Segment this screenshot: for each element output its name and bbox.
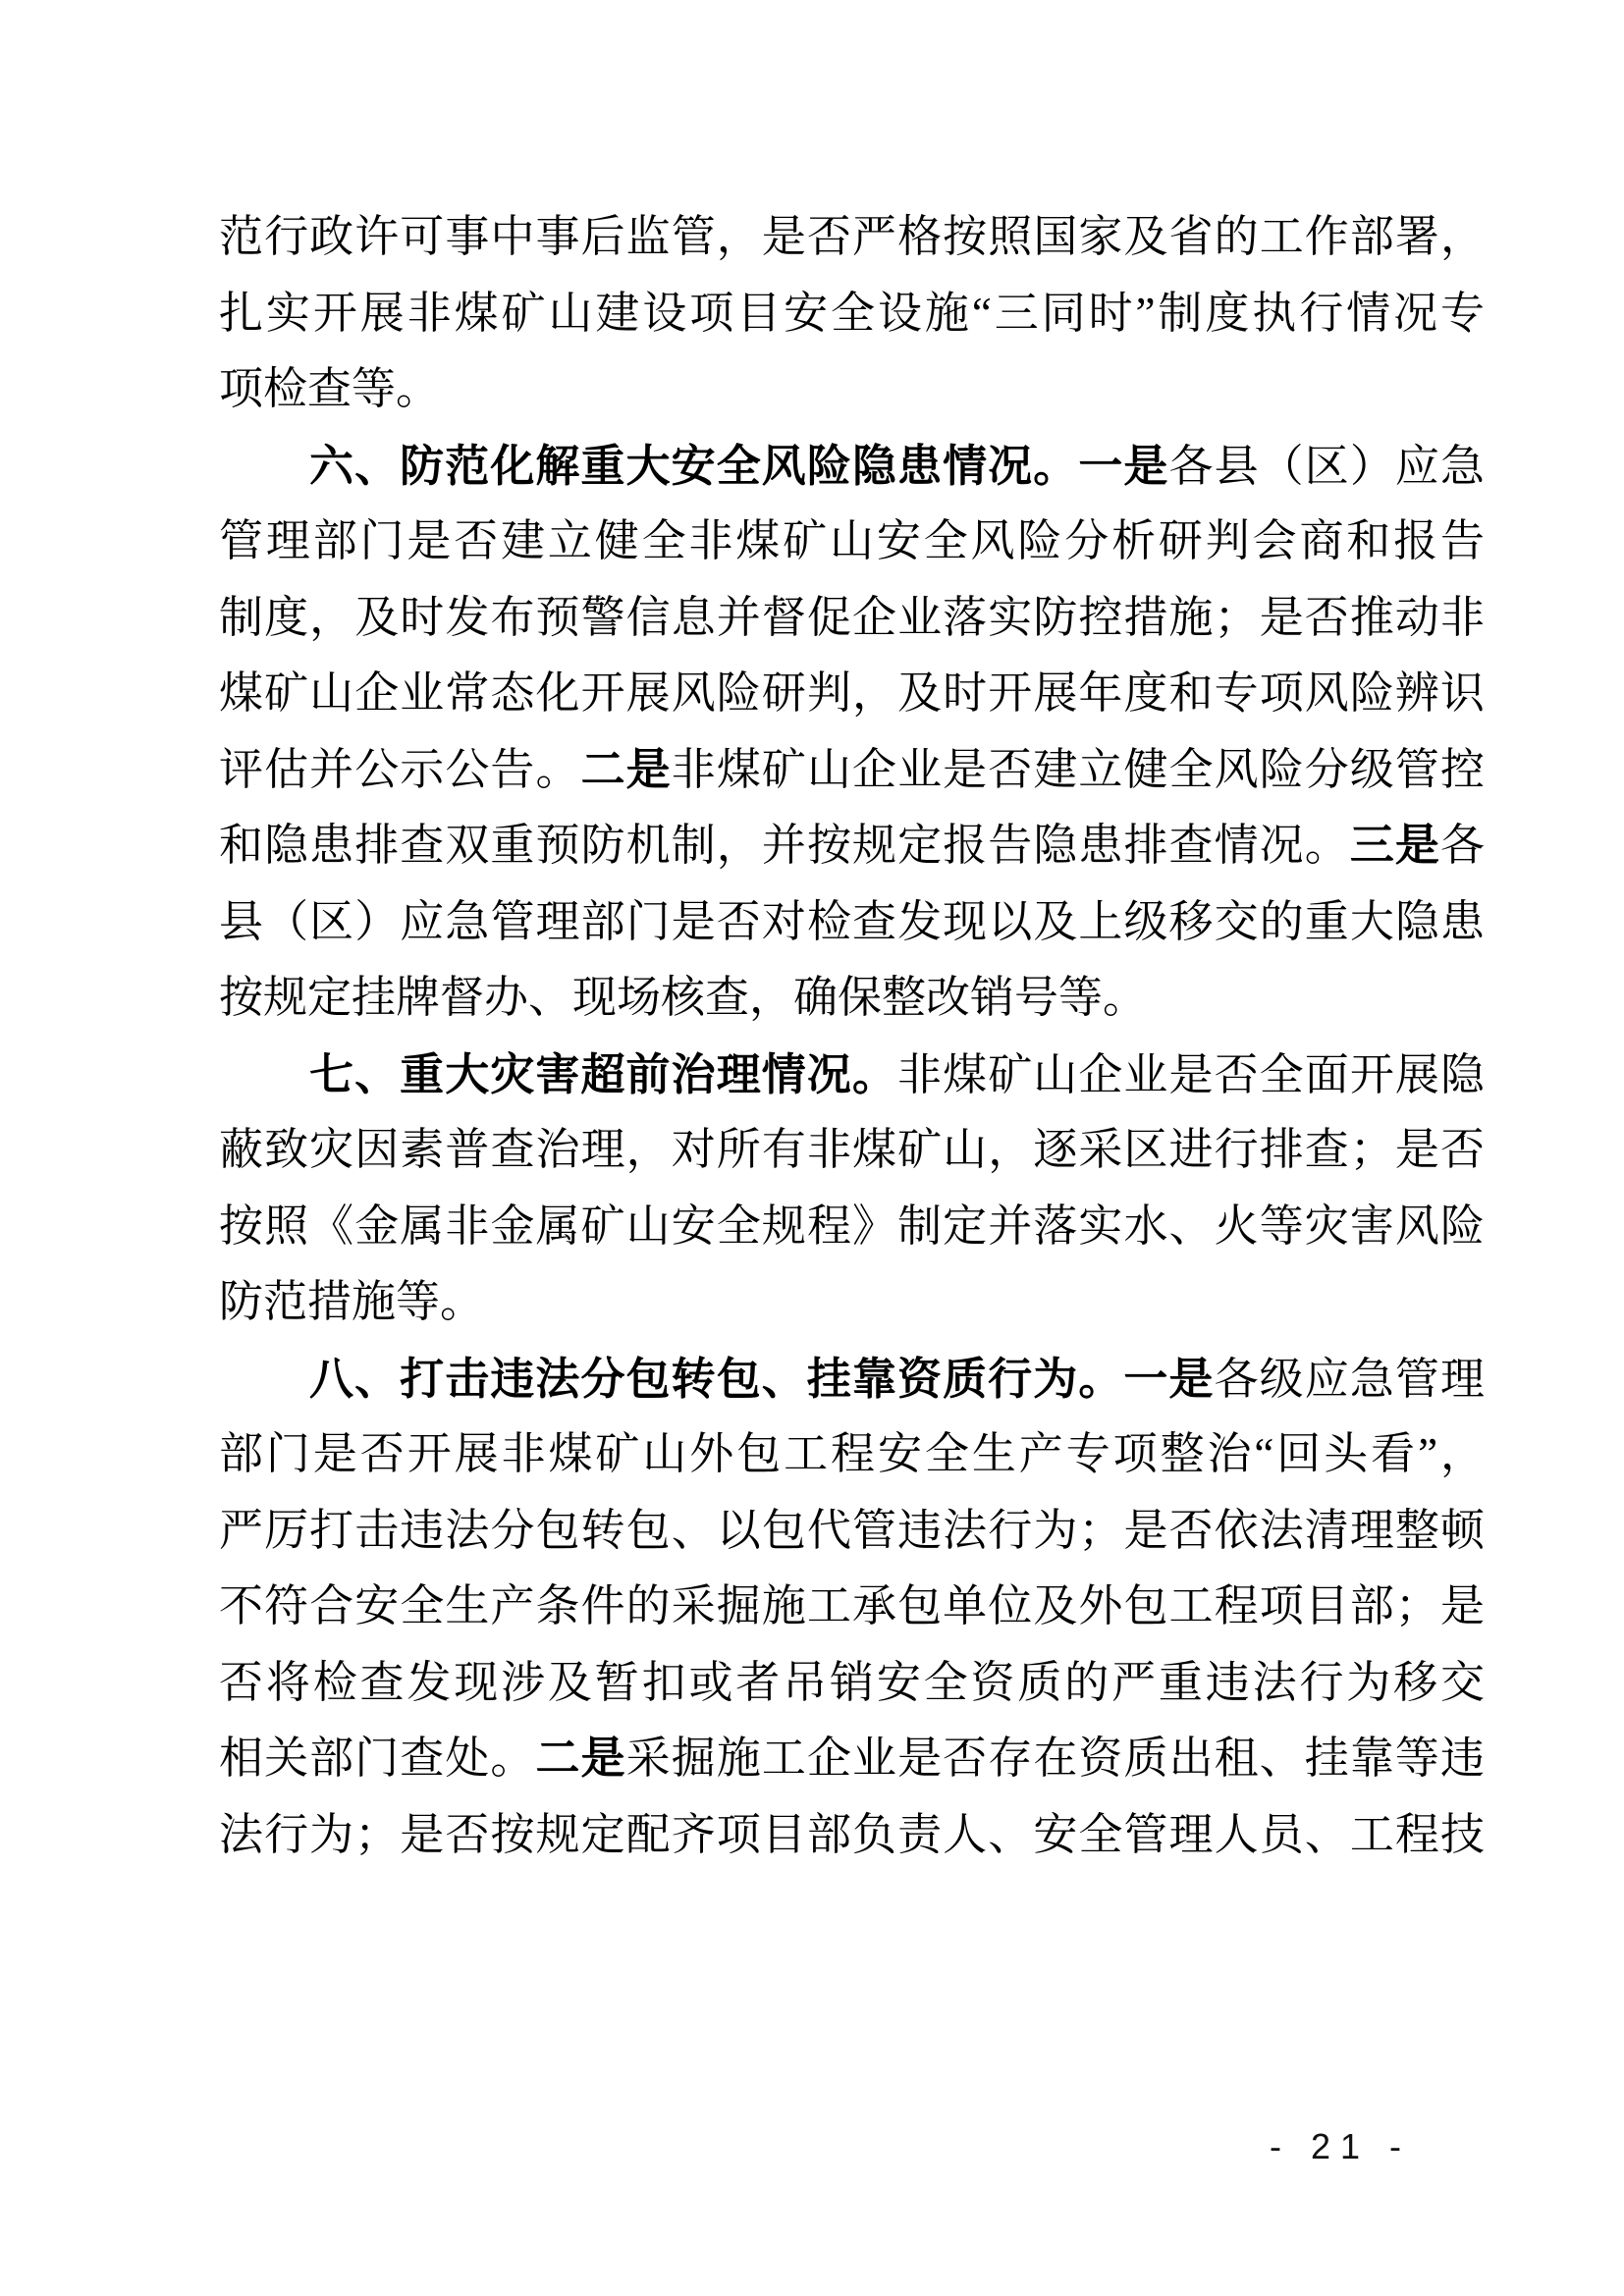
text-line: 管理部门是否建立健全非煤矿山安全风险分析研判会商和报告 (219, 504, 1485, 580)
page-number: - 21 - (1270, 2127, 1411, 2166)
text-line: 和隐患排查双重预防机制，并按规定报告隐患排查情况。三是各 (219, 808, 1485, 884)
document-page: 范行政许可事中事后监管，是否严格按照国家及省的工作部署，扎实开展非煤矿山建设项目… (0, 0, 1624, 2296)
text-segment: 按规定挂牌督办、现场核查，确保整改销号等。 (219, 973, 1147, 1022)
text-line: 范行政许可事中事后监管，是否严格按照国家及省的工作部署， (219, 199, 1485, 276)
text-line: 扎实开展非煤矿山建设项目安全设施“三同时”制度执行情况专 (219, 276, 1485, 352)
text-segment: 非煤矿山企业是否全面开展隐 (897, 1050, 1485, 1099)
text-segment: 制度，及时发布预警信息并督促企业落实防控措施；是否推动非 (219, 593, 1485, 642)
text-line: 否将检查发现涉及暂扣或者吊销安全资质的严重违法行为移交 (219, 1645, 1485, 1722)
text-segment: 严厉打击违法分包转包、以包代管违法行为；是否依法清理整顿 (219, 1506, 1485, 1555)
text-segment: 部门是否开展非煤矿山外包工程安全生产专项整治“回头看”， (219, 1429, 1485, 1478)
text-segment: 采掘施工企业是否存在资质出租、挂靠等违 (626, 1734, 1485, 1783)
text-segment: 范行政许可事中事后监管，是否严格按照国家及省的工作部署， (219, 212, 1485, 261)
text-segment: 一是 (1078, 442, 1168, 491)
text-line: 项检查等。 (219, 351, 1485, 428)
text-line: 不符合安全生产条件的采掘施工承包单位及外包工程项目部；是 (219, 1569, 1485, 1645)
text-segment: 按照《金属非金属矿山安全规程》制定并落实水、火等灾害风险 (219, 1201, 1485, 1251)
text-line: 评估并公示公告。二是非煤矿山企业是否建立健全风险分级管控 (219, 732, 1485, 809)
text-segment: 评估并公示公告。 (219, 745, 581, 794)
text-segment: 蔽致灾因素普查治理，对所有非煤矿山，逐采区进行排查；是否 (219, 1125, 1485, 1174)
text-segment: 相关部门查处。 (219, 1734, 536, 1783)
section-heading: 七、重大灾害超前治理情况。 (309, 1049, 897, 1099)
text-segment: 各县（区）应急 (1169, 442, 1485, 491)
text-line: 六、防范化解重大安全风险隐患情况。一是各县（区）应急 (219, 428, 1485, 505)
text-line: 蔽致灾因素普查治理，对所有非煤矿山，逐采区进行排查；是否 (219, 1112, 1485, 1189)
text-segment: 一是 (1123, 1355, 1214, 1404)
text-line: 煤矿山企业常态化开展风险研判，及时开展年度和专项风险辨识 (219, 656, 1485, 732)
text-segment: 管理部门是否建立健全非煤矿山安全风险分析研判会商和报告 (219, 516, 1485, 565)
text-segment: 项检查等。 (219, 364, 440, 413)
text-segment: 三是 (1350, 821, 1440, 870)
text-segment: 扎实开展非煤矿山建设项目安全设施“三同时”制度执行情况专 (219, 289, 1485, 338)
text-segment: 各 (1440, 821, 1485, 870)
text-segment: 二是 (581, 745, 672, 794)
text-line: 相关部门查处。二是采掘施工企业是否存在资质出租、挂靠等违 (219, 1721, 1485, 1797)
text-line: 按规定挂牌督办、现场核查，确保整改销号等。 (219, 960, 1485, 1037)
text-segment: 不符合安全生产条件的采掘施工承包单位及外包工程项目部；是 (219, 1581, 1485, 1630)
text-segment: 各级应急管理 (1215, 1355, 1485, 1404)
text-segment: 非煤矿山企业是否建立健全风险分级管控 (672, 745, 1485, 794)
text-segment: 和隐患排查双重预防机制，并按规定报告隐患排查情况。 (219, 821, 1350, 870)
text-line: 按照《金属非金属矿山安全规程》制定并落实水、火等灾害风险 (219, 1189, 1485, 1265)
text-segment: 否将检查发现涉及暂扣或者吊销安全资质的严重违法行为移交 (219, 1658, 1485, 1707)
text-line: 县（区）应急管理部门是否对检查发现以及上级移交的重大隐患 (219, 884, 1485, 961)
text-segment: 二是 (536, 1734, 626, 1783)
text-line: 制度，及时发布预警信息并督促企业落实防控措施；是否推动非 (219, 580, 1485, 657)
section-heading: 六、防范化解重大安全风险隐患情况。 (309, 441, 1078, 491)
text-line: 部门是否开展非煤矿山外包工程安全生产专项整治“回头看”， (219, 1416, 1485, 1493)
section-heading: 八、打击违法分包转包、挂靠资质行为。 (309, 1354, 1123, 1404)
text-segment: 法行为；是否按规定配齐项目部负责人、安全管理人员、工程技 (219, 1810, 1485, 1859)
document-lines: 范行政许可事中事后监管，是否严格按照国家及省的工作部署，扎实开展非煤矿山建设项目… (219, 199, 1485, 1873)
text-line: 法行为；是否按规定配齐项目部负责人、安全管理人员、工程技 (219, 1797, 1485, 1874)
text-segment: 县（区）应急管理部门是否对检查发现以及上级移交的重大隐患 (219, 897, 1485, 946)
text-segment: 防范措施等。 (219, 1277, 484, 1326)
text-line: 七、重大灾害超前治理情况。非煤矿山企业是否全面开展隐 (219, 1037, 1485, 1113)
text-line: 防范措施等。 (219, 1264, 1485, 1341)
text-line: 严厉打击违法分包转包、以包代管违法行为；是否依法清理整顿 (219, 1493, 1485, 1570)
text-line: 八、打击违法分包转包、挂靠资质行为。一是各级应急管理 (219, 1341, 1485, 1417)
text-segment: 煤矿山企业常态化开展风险研判，及时开展年度和专项风险辨识 (219, 668, 1485, 718)
